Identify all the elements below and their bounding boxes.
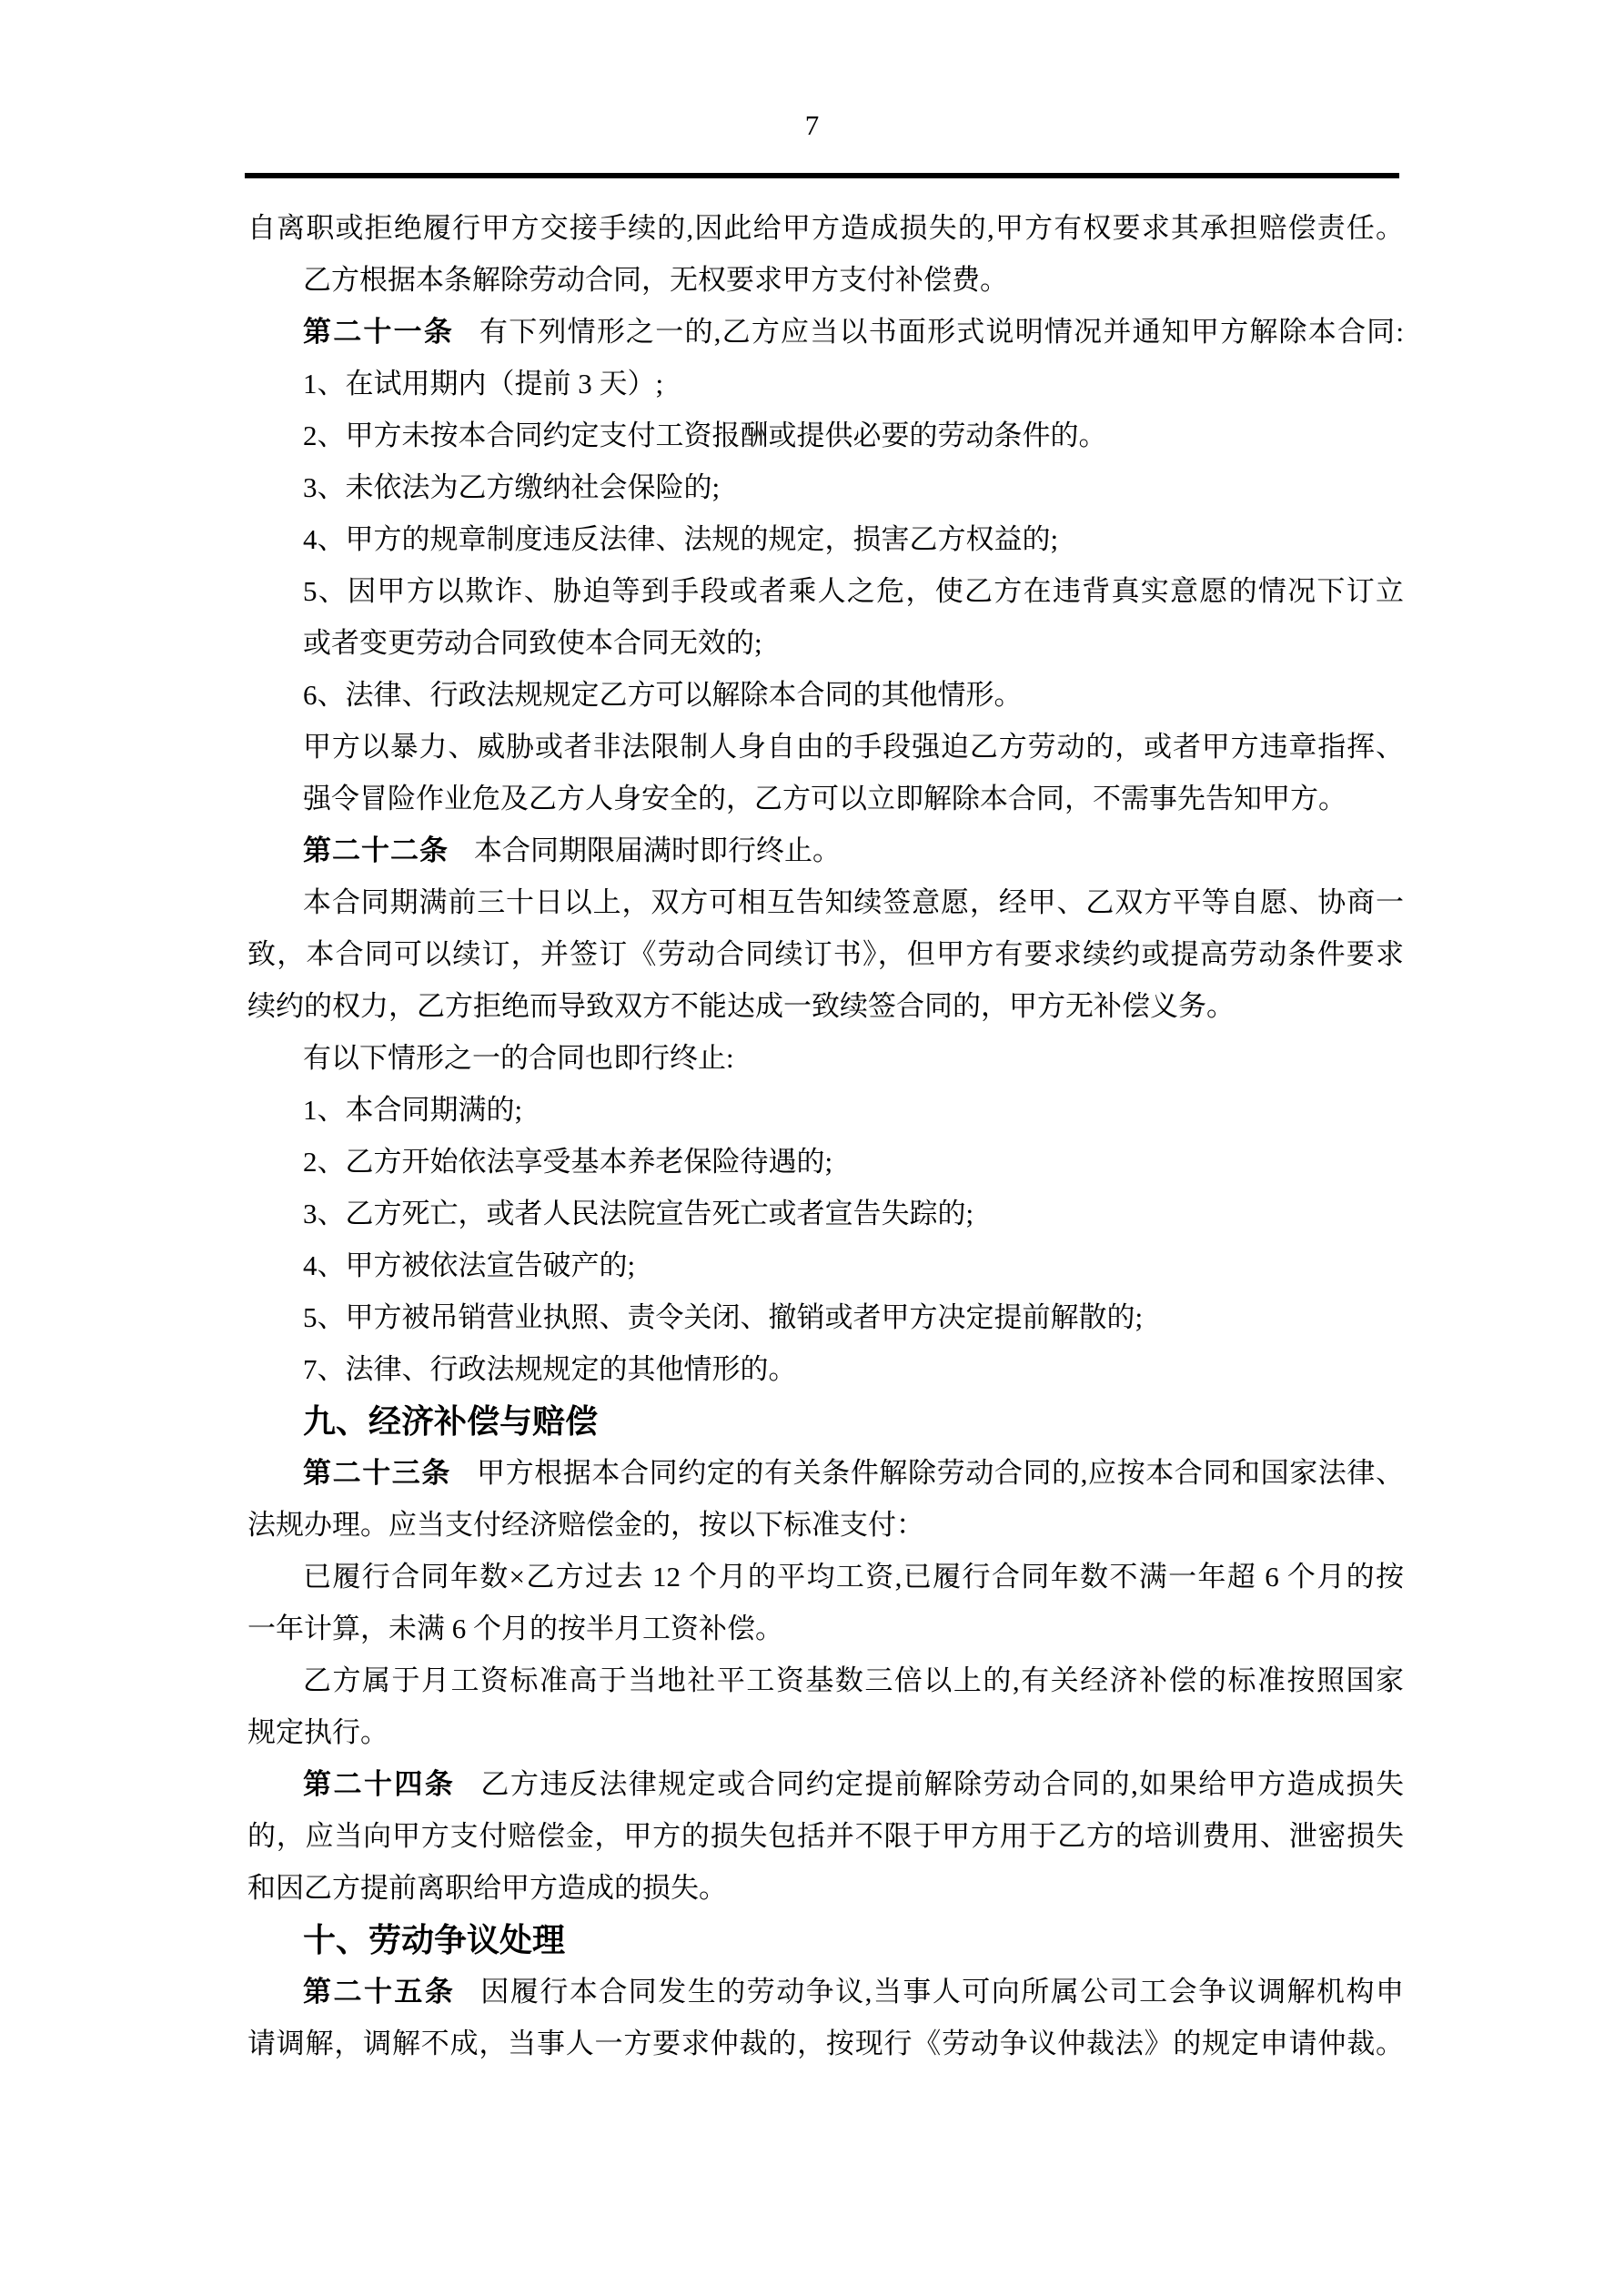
text-line: 第二十三条甲方根据本合同约定的有关条件解除劳动合同的,应按本合同和国家法律、 [247,1447,1404,1499]
line-text: 十、劳动争议处理 [303,1921,565,1958]
text-line: 5、因甲方以欺诈、胁迫等到手段或者乘人之危，使乙方在违背真实意愿的情况下订立 [247,565,1404,617]
text-line: 1、在试用期内（提前 3 天）; [247,358,1404,410]
text-line: 4、甲方被依法宣告破产的; [247,1239,1404,1291]
line-text: 因履行本合同发生的劳动争议,当事人可向所属公司工会争议调解机构申 [480,1976,1404,2008]
text-line: 3、未依法为乙方缴纳社会保险的; [247,461,1404,513]
text-line: 2、乙方开始依法享受基本养老保险待遇的; [247,1136,1404,1188]
text-line: 强令冒险作业危及乙方人身安全的，乙方可以立即解除本合同，不需事先告知甲方。 [247,773,1404,824]
text-line: 1、本合同期满的; [247,1084,1404,1136]
line-text: 4、甲方被依法宣告破产的; [303,1249,635,1281]
text-line: 和因乙方提前离职给甲方造成的损失。 [247,1862,1404,1914]
line-text: 本合同期满前三十日以上，双方可相互告知续签意愿，经甲、乙双方平等自愿、协商一 [303,886,1404,918]
text-line: 致，本合同可以续订，并签订《劳动合同续订书》，但甲方有要求续约或提高劳动条件要求 [247,928,1404,980]
line-text: 乙方违反法律规定或合同约定提前解除劳动合同的,如果给甲方造成损失 [480,1768,1404,1800]
text-line: 法规办理。应当支付经济赔偿金的，按以下标准支付： [247,1499,1404,1551]
line-text: 3、乙方死亡，或者人民法院宣告死亡或者宣告失踪的; [303,1198,973,1229]
section-heading: 十、劳动争议处理 [247,1914,1404,1966]
text-line: 续约的权力，乙方拒绝而导致双方不能达成一致续签合同的，甲方无补偿义务。 [247,980,1404,1032]
text-line: 4、甲方的规章制度违反法律、法规的规定，损害乙方权益的; [247,513,1404,565]
line-text: 法规办理。应当支付经济赔偿金的，按以下标准支付： [247,1509,924,1541]
line-text: 强令冒险作业危及乙方人身安全的，乙方可以立即解除本合同，不需事先告知甲方。 [303,783,1347,814]
line-text: 1、本合同期满的; [303,1094,522,1126]
line-text: 的，应当向甲方支付赔偿金，甲方的损失包括并不限于甲方用于乙方的培训费用、泄密损失 [247,1820,1404,1852]
text-line: 6、法律、行政法规规定乙方可以解除本合同的其他情形。 [247,669,1404,721]
text-line: 第二十四条乙方违反法律规定或合同约定提前解除劳动合同的,如果给甲方造成损失 [247,1758,1404,1810]
section-heading: 九、经济补偿与赔偿 [247,1395,1404,1447]
line-text: 规定执行。 [247,1716,388,1748]
line-text: 请调解，调解不成，当事人一方要求仲裁的，按现行《劳动争议仲裁法》的规定申请仲裁。 [247,2028,1404,2059]
text-line: 有以下情形之一的合同也即行终止: [247,1032,1404,1084]
text-line: 的，应当向甲方支付赔偿金，甲方的损失包括并不限于甲方用于乙方的培训费用、泄密损失 [247,1810,1404,1862]
text-line: 已履行合同年数×乙方过去 12 个月的平均工资,已履行合同年数不满一年超 6 个… [247,1551,1404,1603]
line-text: 7、法律、行政法规规定的其他情形的。 [303,1353,797,1385]
text-line: 2、甲方未按本合同约定支付工资报酬或提供必要的劳动条件的。 [247,410,1404,461]
document-body: 自离职或拒绝履行甲方交接手续的,因此给甲方造成损失的,甲方有权要求其承担赔偿责任… [247,202,1404,2069]
page-number: 7 [0,107,1624,144]
line-text: 有下列情形之一的,乙方应当以书面形式说明情况并通知甲方解除本合同: [479,316,1404,348]
line-text: 5、因甲方以欺诈、胁迫等到手段或者乘人之危，使乙方在违背真实意愿的情况下订立 [303,575,1404,607]
line-text: 致，本合同可以续订，并签订《劳动合同续订书》，但甲方有要求续约或提高劳动条件要求 [247,938,1404,970]
text-line: 第二十二条本合同期限届满时即行终止。 [247,824,1404,876]
line-text: 本合同期限届满时即行终止。 [474,834,841,866]
document-page: 7 自离职或拒绝履行甲方交接手续的,因此给甲方造成损失的,甲方有权要求其承担赔偿… [0,0,1624,2296]
line-text: 乙方属于月工资标准高于当地社平工资基数三倍以上的,有关经济补偿的标准按照国家 [303,1664,1404,1696]
line-text: 甲方以暴力、威胁或者非法限制人身自由的手段强迫乙方劳动的，或者甲方违章指挥、 [303,731,1404,763]
line-text: 续约的权力，乙方拒绝而导致双方不能达成一致续签合同的，甲方无补偿义务。 [247,990,1235,1022]
line-text: 或者变更劳动合同致使本合同无效的; [303,627,762,659]
article-label: 第二十三条 [303,1457,451,1489]
text-line: 乙方属于月工资标准高于当地社平工资基数三倍以上的,有关经济补偿的标准按照国家 [247,1654,1404,1706]
line-text: 5、甲方被吊销营业执照、责令关闭、撤销或者甲方决定提前解散的; [303,1301,1143,1333]
text-line: 本合同期满前三十日以上，双方可相互告知续签意愿，经甲、乙双方平等自愿、协商一 [247,876,1404,928]
line-text: 自离职或拒绝履行甲方交接手续的,因此给甲方造成损失的,甲方有权要求其承担赔偿责任… [247,212,1404,244]
line-text: 2、乙方开始依法享受基本养老保险待遇的; [303,1146,832,1178]
text-line: 一年计算，未满 6 个月的按半月工资补偿。 [247,1603,1404,1654]
text-line: 或者变更劳动合同致使本合同无效的; [247,617,1404,669]
article-label: 第二十一条 [303,316,454,348]
line-text: 4、甲方的规章制度违反法律、法规的规定，损害乙方权益的; [303,523,1058,555]
text-line: 甲方以暴力、威胁或者非法限制人身自由的手段强迫乙方劳动的，或者甲方违章指挥、 [247,721,1404,773]
header-rule [245,173,1399,178]
text-line: 第二十一条有下列情形之一的,乙方应当以书面形式说明情况并通知甲方解除本合同: [247,306,1404,358]
line-text: 和因乙方提前离职给甲方造成的损失。 [247,1872,727,1904]
line-text: 有以下情形之一的合同也即行终止: [303,1042,734,1074]
text-line: 乙方根据本条解除劳动合同，无权要求甲方支付补偿费。 [247,254,1404,306]
text-line: 5、甲方被吊销营业执照、责令关闭、撤销或者甲方决定提前解散的; [247,1291,1404,1343]
line-text: 九、经济补偿与赔偿 [303,1402,598,1440]
article-label: 第二十四条 [303,1768,455,1800]
text-line: 请调解，调解不成，当事人一方要求仲裁的，按现行《劳动争议仲裁法》的规定申请仲裁。 [247,2018,1404,2069]
line-text: 6、法律、行政法规规定乙方可以解除本合同的其他情形。 [303,679,1023,711]
text-line: 3、乙方死亡，或者人民法院宣告死亡或者宣告失踪的; [247,1188,1404,1239]
text-line: 7、法律、行政法规规定的其他情形的。 [247,1343,1404,1395]
article-label: 第二十二条 [303,834,449,866]
text-line: 规定执行。 [247,1706,1404,1758]
line-text: 2、甲方未按本合同约定支付工资报酬或提供必要的劳动条件的。 [303,420,1107,451]
line-text: 乙方根据本条解除劳动合同，无权要求甲方支付补偿费。 [303,264,1008,296]
text-line: 第二十五条因履行本合同发生的劳动争议,当事人可向所属公司工会争议调解机构申 [247,1966,1404,2018]
line-text: 3、未依法为乙方缴纳社会保险的; [303,471,720,503]
line-text: 一年计算，未满 6 个月的按半月工资补偿。 [247,1613,783,1644]
line-text: 1、在试用期内（提前 3 天）; [303,368,663,400]
line-text: 已履行合同年数×乙方过去 12 个月的平均工资,已履行合同年数不满一年超 6 个… [303,1561,1404,1593]
line-text: 甲方根据本合同约定的有关条件解除劳动合同的,应按本合同和国家法律、 [477,1457,1404,1489]
text-line: 自离职或拒绝履行甲方交接手续的,因此给甲方造成损失的,甲方有权要求其承担赔偿责任… [247,202,1404,254]
article-label: 第二十五条 [303,1976,455,2008]
